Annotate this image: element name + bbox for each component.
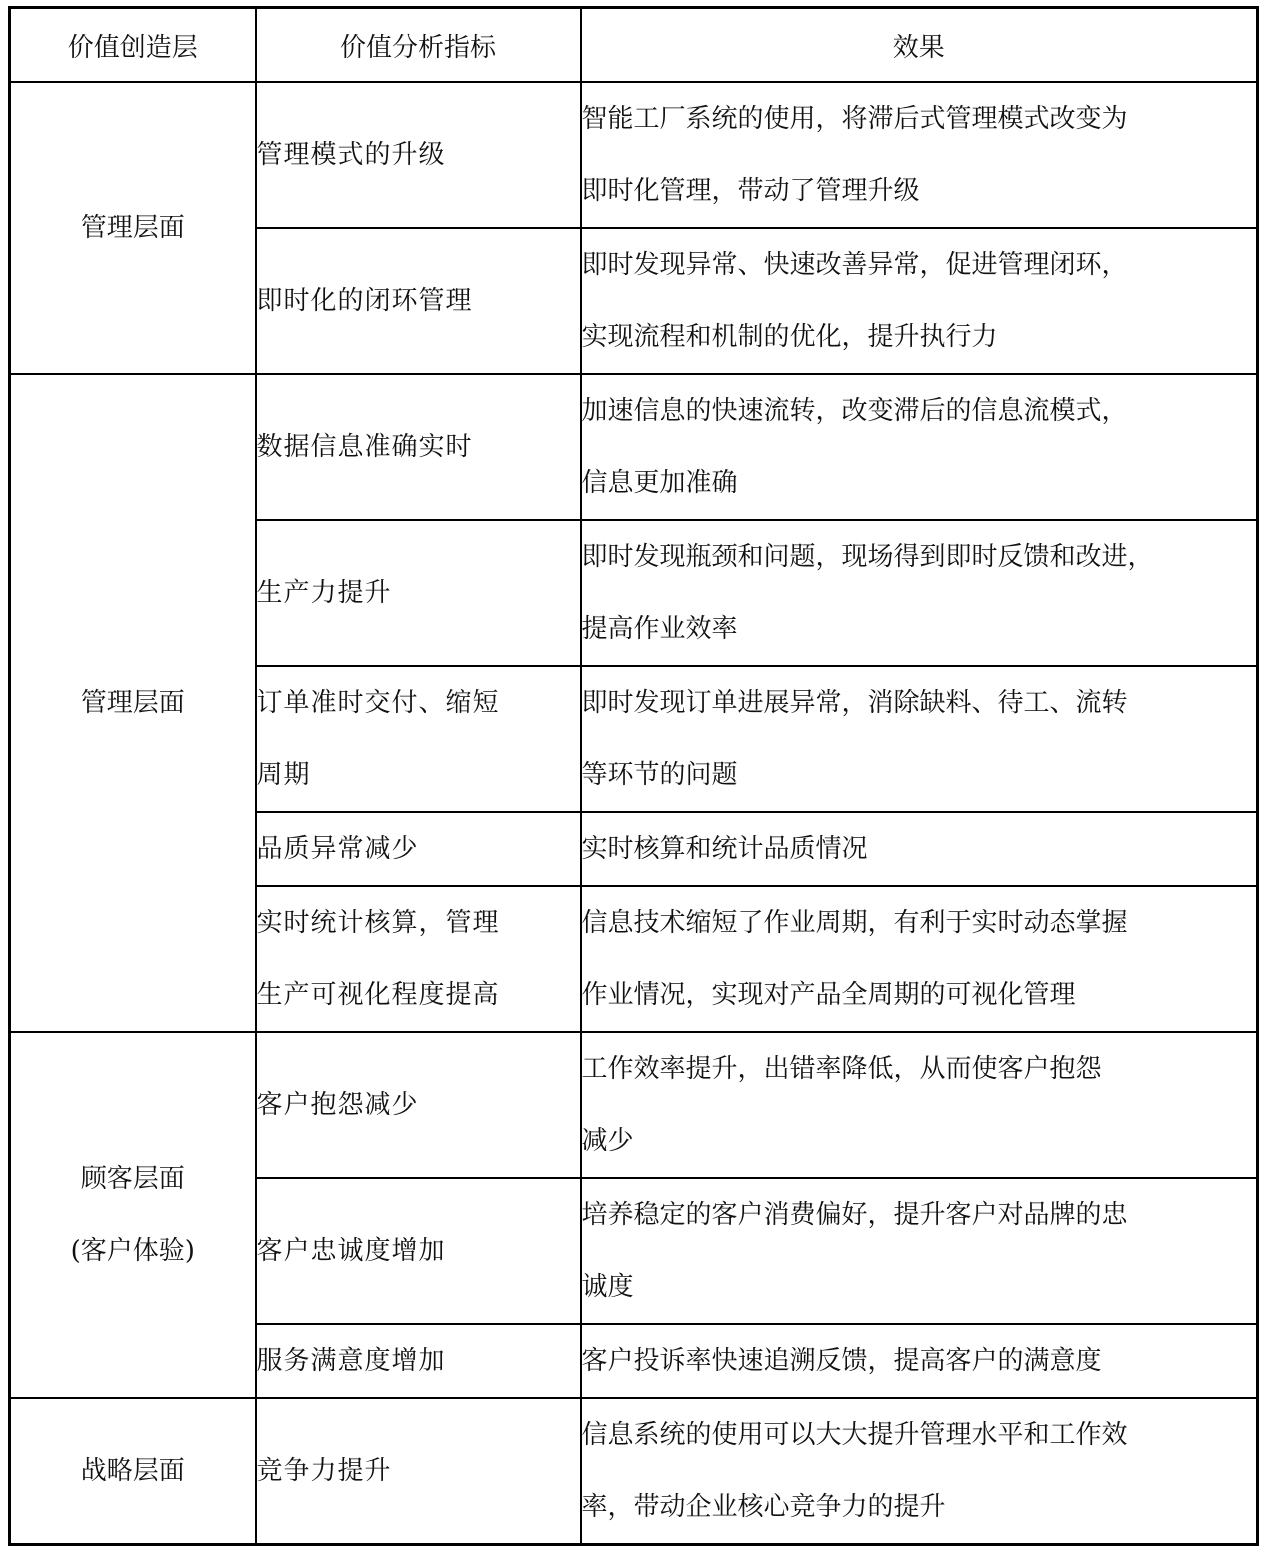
effect-cell: 信息系统的使用可以大大提升管理水平和工作效 率，带动企业核心竞争力的提升: [581, 1398, 1258, 1545]
effect-cell: 信息技术缩短了作业周期，有利于实时动态掌握 作业情况，实现对产品全周期的可视化管…: [581, 886, 1258, 1032]
metric-cell: 客户抱怨减少: [256, 1032, 581, 1178]
metric-cell: 管理模式的升级: [256, 82, 581, 228]
effect-cell: 智能工厂系统的使用，将滞后式管理模式改变为 即时化管理，带动了管理升级: [581, 82, 1258, 228]
layer-cell: 顾客层面 (客户体验): [10, 1032, 256, 1398]
table-row: 顾客层面 (客户体验) 客户抱怨减少 工作效率提升，出错率降低，从而使客户抱怨 …: [10, 1032, 1258, 1178]
metric-cell: 实时统计核算，管理 生产可视化程度提高: [256, 886, 581, 1032]
table-row: 管理层面 数据信息准确实时 加速信息的快速流转，改变滞后的信息流模式， 信息更加…: [10, 374, 1258, 520]
effect-cell: 即时发现订单进展异常，消除缺料、待工、流转 等环节的问题: [581, 666, 1258, 812]
effect-cell: 培养稳定的客户消费偏好，提升客户对品牌的忠 诚度: [581, 1178, 1258, 1324]
table-row: 管理层面 管理模式的升级 智能工厂系统的使用，将滞后式管理模式改变为 即时化管理…: [10, 82, 1258, 228]
header-row: 价值创造层 价值分析指标 效果: [10, 8, 1258, 83]
effect-cell: 工作效率提升，出错率降低，从而使客户抱怨 减少: [581, 1032, 1258, 1178]
effect-cell: 即时发现瓶颈和问题，现场得到即时反馈和改进， 提高作业效率: [581, 520, 1258, 666]
metric-cell: 订单准时交付、缩短 周期: [256, 666, 581, 812]
metric-cell: 客户忠诚度增加: [256, 1178, 581, 1324]
metric-cell: 即时化的闭环管理: [256, 228, 581, 374]
effect-cell: 实时核算和统计品质情况: [581, 812, 1258, 886]
table-row: 战略层面 竞争力提升 信息系统的使用可以大大提升管理水平和工作效 率，带动企业核…: [10, 1398, 1258, 1545]
header-effect: 效果: [581, 8, 1258, 83]
metric-cell: 服务满意度增加: [256, 1324, 581, 1398]
effect-cell: 客户投诉率快速追溯反馈，提高客户的满意度: [581, 1324, 1258, 1398]
value-analysis-table: 价值创造层 价值分析指标 效果 管理层面 管理模式的升级 智能工厂系统的使用，将…: [8, 6, 1259, 1546]
layer-cell: 管理层面: [10, 82, 256, 374]
layer-cell: 管理层面: [10, 374, 256, 1032]
metric-cell: 竞争力提升: [256, 1398, 581, 1545]
effect-cell: 加速信息的快速流转，改变滞后的信息流模式， 信息更加准确: [581, 374, 1258, 520]
header-metric: 价值分析指标: [256, 8, 581, 83]
metric-cell: 生产力提升: [256, 520, 581, 666]
metric-cell: 数据信息准确实时: [256, 374, 581, 520]
effect-cell: 即时发现异常、快速改善异常，促进管理闭环， 实现流程和机制的优化，提升执行力: [581, 228, 1258, 374]
header-layer: 价值创造层: [10, 8, 256, 83]
metric-cell: 品质异常减少: [256, 812, 581, 886]
layer-cell: 战略层面: [10, 1398, 256, 1545]
